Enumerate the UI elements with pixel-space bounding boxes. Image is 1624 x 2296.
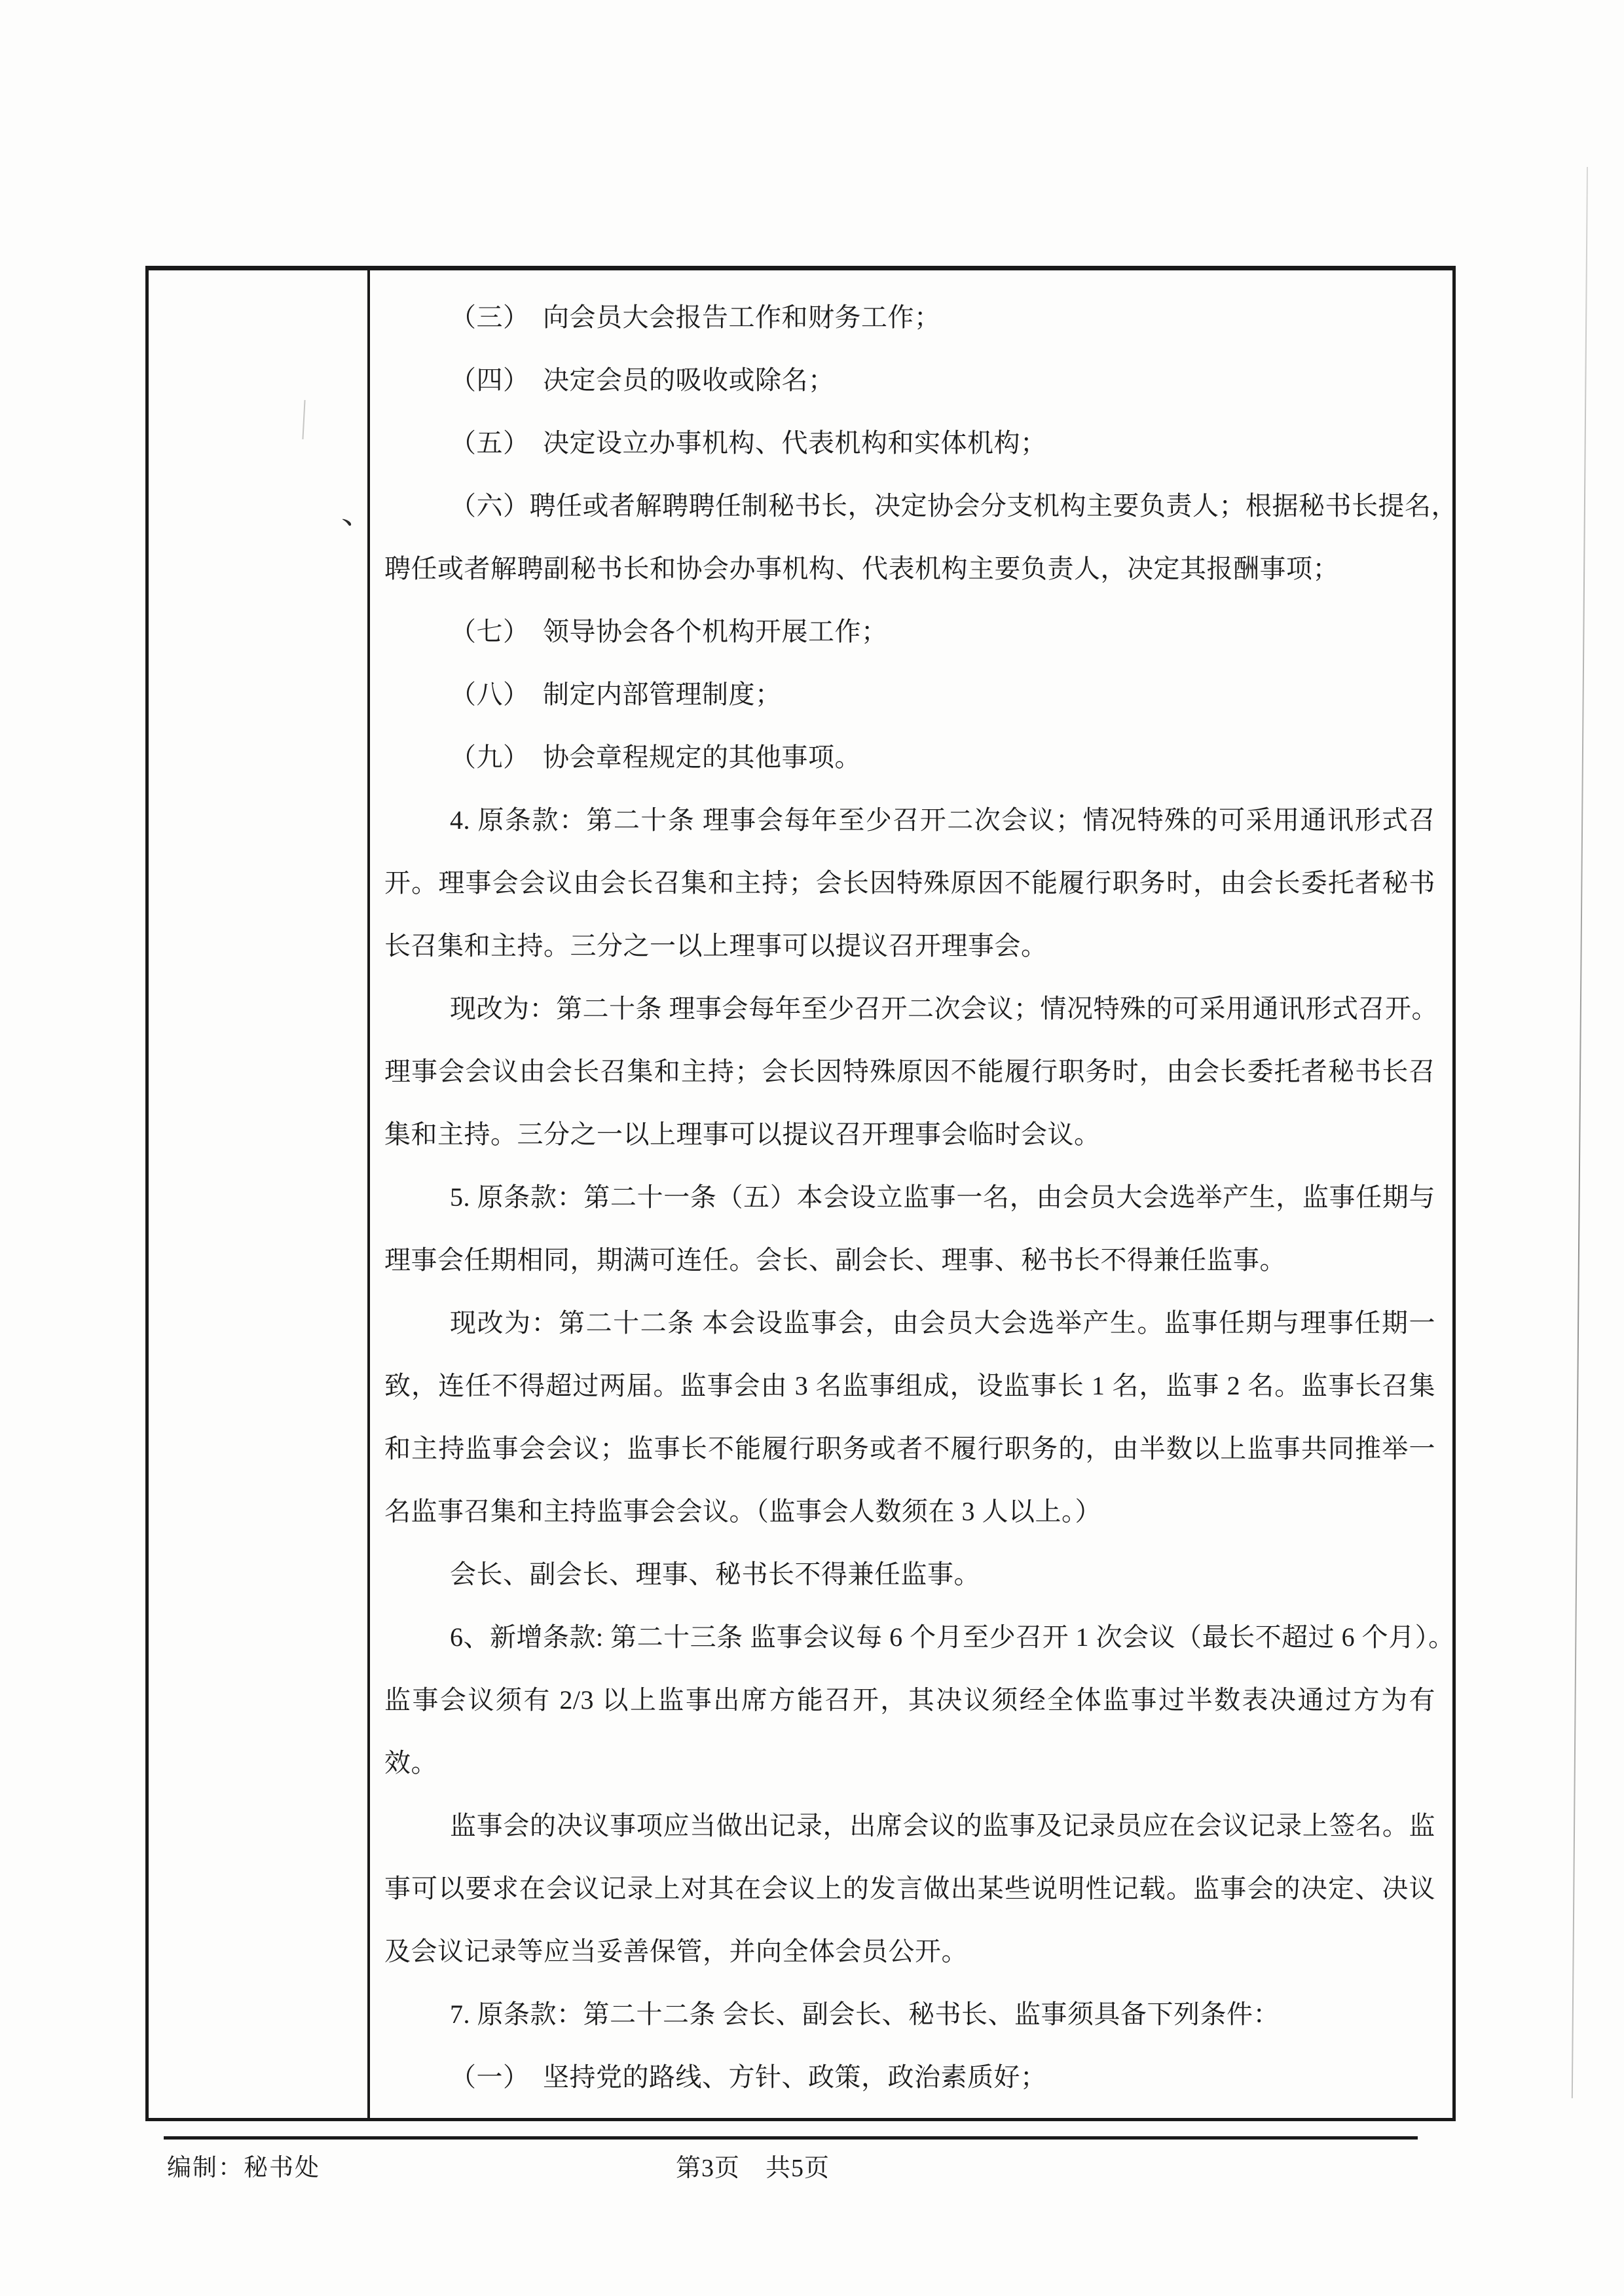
text-line: 5. 原条款：第二十一条（五）本会设立监事一名，由会员大会选举产生，监事任期与	[384, 1166, 1435, 1229]
scanned-document-page: 、 （三） 向会员大会报告工作和财务工作；（四） 决定会员的吸收或除名；（五） …	[0, 0, 1624, 2296]
text-line: （一） 坚持党的路线、方针、政策，政治素质好；	[384, 2046, 1435, 2109]
text-line: 6、新增条款: 第二十三条 监事会议每 6 个月至少召开 1 次会议（最长不超过…	[384, 1606, 1435, 1669]
text-line: 致，连任不得超过两届。监事会由 3 名监事组成，设监事长 1 名，监事 2 名。…	[384, 1355, 1435, 1417]
text-line: （七） 领导协会各个机构开展工作；	[384, 600, 1435, 663]
text-line: 理事会任期相同，期满可连任。会长、副会长、理事、秘书长不得兼任监事。	[384, 1229, 1435, 1292]
text-line: （五） 决定设立办事机构、代表机构和实体机构；	[384, 412, 1435, 475]
text-line: 监事会议须有 2/3 以上监事出席方能召开，其决议须经全体监事过半数表决通过方为…	[384, 1669, 1435, 1732]
text-line: 7. 原条款：第二十二条 会长、副会长、秘书长、监事须具备下列条件：	[384, 1983, 1435, 2046]
text-line: 监事会的决议事项应当做出记录，出席会议的监事及记录员应在会议记录上签名。监	[384, 1795, 1435, 1857]
text-line: 聘任或者解聘副秘书长和协会办事机构、代表机构主要负责人，决定其报酬事项；	[384, 538, 1435, 600]
text-line: （九） 协会章程规定的其他事项。	[384, 726, 1435, 789]
footer-page-indicator: 第3页 共5页	[676, 2147, 830, 2183]
text-line: 名监事召集和主持监事会会议。（监事会人数须在 3 人以上。）	[384, 1480, 1435, 1543]
text-line: （三） 向会员大会报告工作和财务工作；	[384, 286, 1435, 349]
paper-fold-line	[1572, 167, 1588, 2098]
text-line: （四） 决定会员的吸收或除名；	[384, 349, 1435, 412]
scan-scratch-artifact	[302, 400, 305, 439]
text-line: 长召集和主持。三分之一以上理事可以提议召开理事会。	[384, 915, 1435, 977]
text-line: （六）聘任或者解聘聘任制秘书长，决定协会分支机构主要负责人；根据秘书长提名，	[384, 475, 1435, 538]
stray-ink-mark: 、	[337, 484, 374, 534]
text-line: 现改为：第二十条 理事会每年至少召开二次会议；情况特殊的可采用通讯形式召开。	[384, 977, 1435, 1040]
amendment-table: 、 （三） 向会员大会报告工作和财务工作；（四） 决定会员的吸收或除名；（五） …	[145, 266, 1456, 2121]
text-line: 事可以要求在会议记录上对其在会议上的发言做出某些说明性记载。监事会的决定、决议	[384, 1857, 1435, 1920]
text-line: 开。理事会会议由会长召集和主持；会长因特殊原因不能履行职务时，由会长委托者秘书	[384, 852, 1435, 915]
text-line: 会长、副会长、理事、秘书长不得兼任监事。	[384, 1543, 1435, 1606]
text-line: 效。	[384, 1732, 1435, 1795]
text-line: 现改为：第二十二条 本会设监事会，由会员大会选举产生。监事任期与理事任期一	[384, 1292, 1435, 1355]
text-line: 集和主持。三分之一以上理事可以提议召开理事会临时会议。	[384, 1103, 1435, 1166]
text-line: （八） 制定内部管理制度；	[384, 663, 1435, 726]
footer-prepared-by: 编制：秘书处	[167, 2147, 320, 2183]
footer-divider-line	[164, 2136, 1418, 2140]
table-text-cell: （三） 向会员大会报告工作和财务工作；（四） 决定会员的吸收或除名；（五） 决定…	[370, 270, 1452, 2118]
text-line: 4. 原条款：第二十条 理事会每年至少召开二次会议；情况特殊的可采用通讯形式召	[384, 789, 1435, 852]
text-line: 及会议记录等应当妥善保管，并向全体会员公开。	[384, 1920, 1435, 1983]
text-line: 理事会会议由会长召集和主持；会长因特殊原因不能履行职务时，由会长委托者秘书长召	[384, 1040, 1435, 1103]
table-left-empty-cell: 、	[149, 270, 370, 2118]
text-line: 和主持监事会会议；监事长不能履行职务或者不履行职务的，由半数以上监事共同推举一	[384, 1417, 1435, 1480]
